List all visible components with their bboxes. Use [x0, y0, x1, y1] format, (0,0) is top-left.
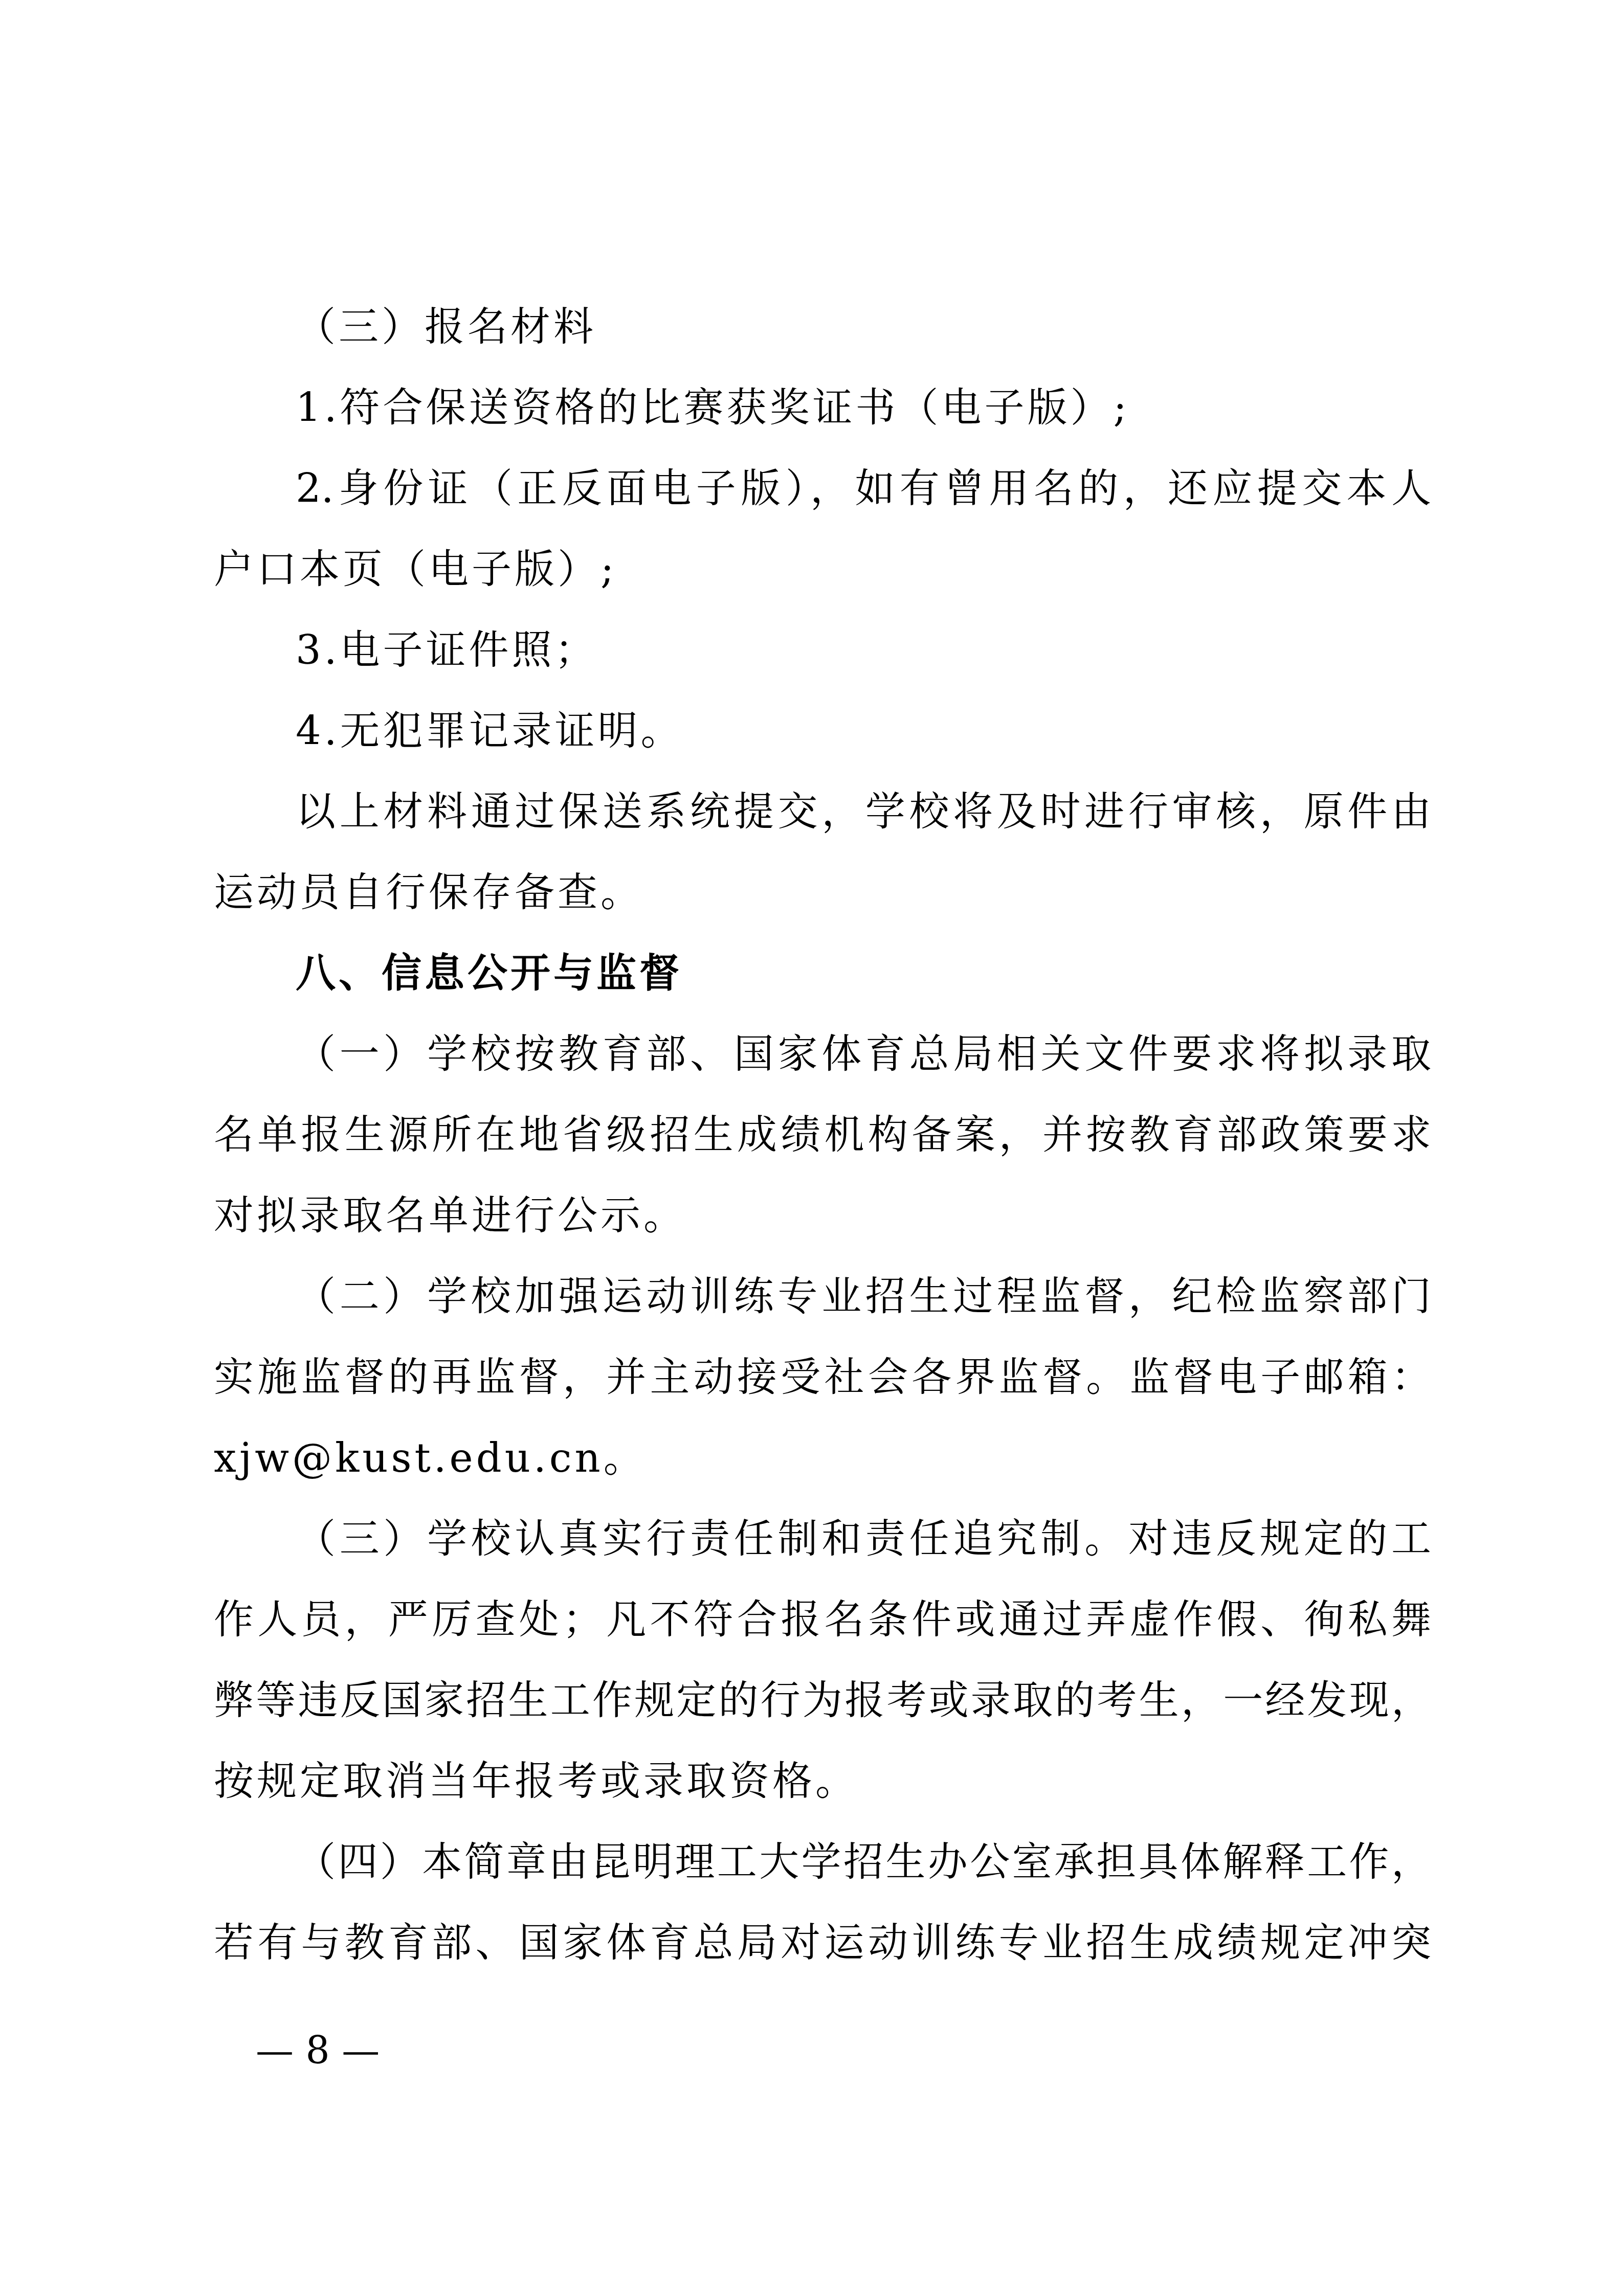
paragraph-item-2: （二）学校加强运动训练专业招生过程监督，纪检监察部门 — [296, 1271, 1431, 1322]
document-page: （三）报名材料 1.符合保送资格的比赛获奖证书（电子版）; 2.身份证（正反面电… — [0, 0, 1624, 2296]
paragraph-materials-submission: 以上材料通过保送系统提交，学校将及时进行审核，原件由 — [296, 786, 1431, 838]
paragraph-item-3-line-2: 作人员，严厉查处；凡不符合报名条件或通过弄虚作假、徇私舞 — [214, 1594, 1431, 1646]
supervision-email: xjw@kust.edu.cn。 — [214, 1433, 647, 1484]
paragraph-item-1-line-2: 名单报生源所在地省级招生成绩机构备案，并按教育部政策要求 — [214, 1110, 1431, 1161]
paragraph-item-4: （四）本简章由昆明理工大学招生办公室承担具体解释工作， — [296, 1837, 1431, 1888]
list-item-id-card: 2.身份证（正反面电子版），如有曾用名的，还应提交本人 — [296, 463, 1431, 514]
list-item-id-card-continued: 户口本页（电子版）; — [214, 544, 617, 595]
paragraph-materials-submission-continued: 运动员自行保存备查。 — [214, 867, 643, 918]
list-item-award-certificate: 1.符合保送资格的比赛获奖证书（电子版）; — [296, 382, 1130, 434]
paragraph-item-3: （三）学校认真实行责任制和责任追究制。对违反规定的工 — [296, 1514, 1431, 1565]
paragraph-item-1: （一）学校按教育部、国家体育总局相关文件要求将拟录取 — [296, 1029, 1431, 1080]
list-item-photo: 3.电子证件照； — [296, 625, 597, 676]
paragraph-item-4-line-2: 若有与教育部、国家体育总局对运动训练专业招生成绩规定冲突 — [214, 1918, 1431, 1969]
page-number: — 8 — — [256, 2025, 380, 2076]
list-item-no-criminal-record: 4.无犯罪记录证明。 — [296, 706, 683, 757]
paragraph-item-3-line-3: 弊等违反国家招生工作规定的行为报考或录取的考生，一经发现， — [214, 1675, 1431, 1726]
section-heading-disclosure-supervision: 八、信息公开与监督 — [296, 948, 682, 999]
paragraph-item-2-line-2: 实施监督的再监督，并主动接受社会各界监督。监督电子邮箱： — [214, 1352, 1431, 1403]
paragraph-item-1-line-3: 对拟录取名单进行公示。 — [214, 1190, 686, 1242]
paragraph-item-3-line-4: 按规定取消当年报考或录取资格。 — [214, 1756, 858, 1807]
subheading-registration-materials: （三）报名材料 — [296, 302, 596, 353]
